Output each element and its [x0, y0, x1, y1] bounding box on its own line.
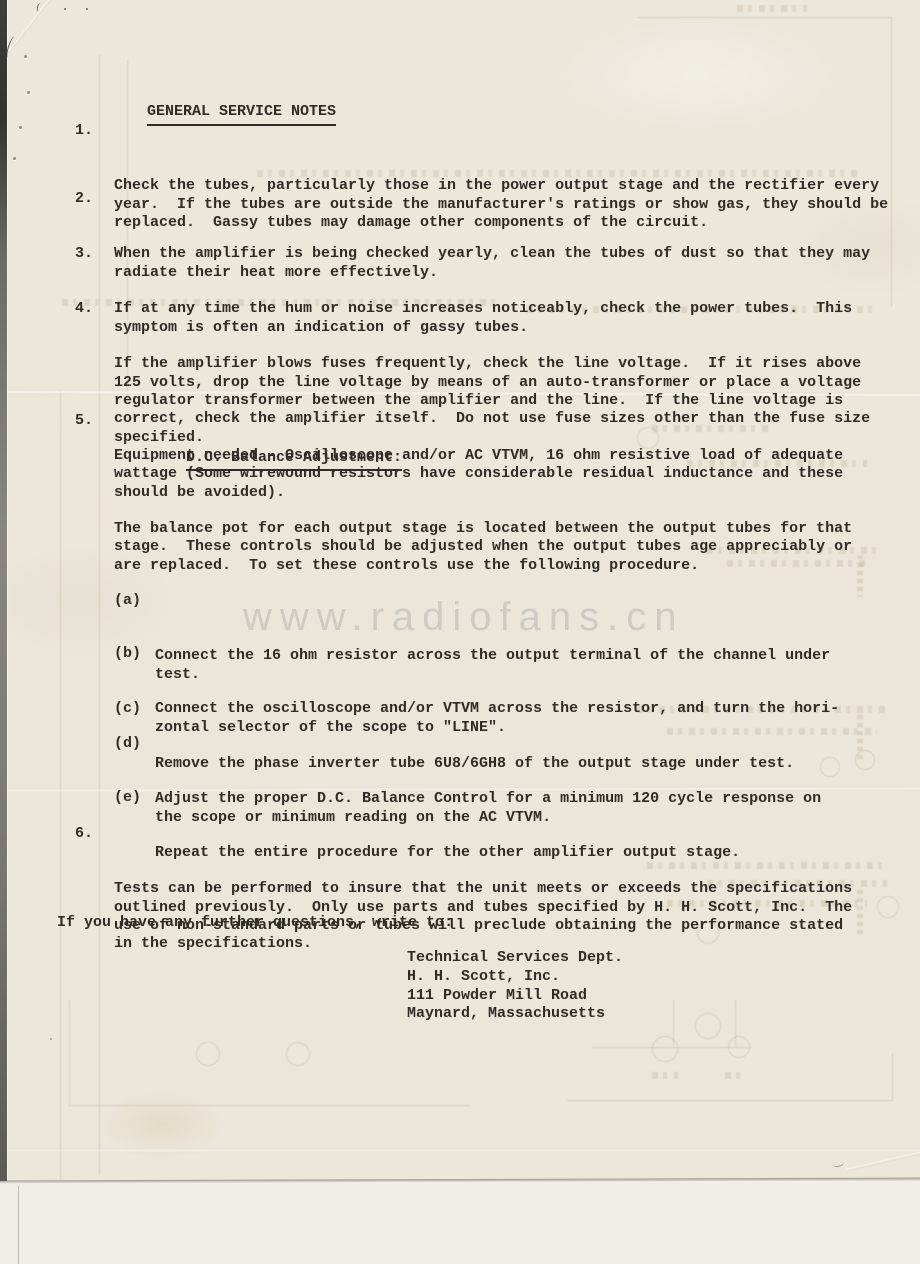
pen-mark	[36, 3, 43, 13]
staple-hole	[27, 91, 30, 94]
ink-speck	[64, 8, 66, 10]
scanned-document-page: www.radiofans.cn GENERAL SERVICE NOTES 1…	[0, 0, 920, 1264]
staple-hole	[24, 55, 27, 58]
ink-speck	[86, 8, 88, 10]
staple-hole	[13, 157, 16, 160]
ink-speck	[50, 1038, 52, 1040]
staple-hole	[19, 126, 22, 129]
pen-mark	[831, 1157, 845, 1168]
paper-sheet: www.radiofans.cn GENERAL SERVICE NOTES 1…	[7, 0, 920, 1181]
scan-edge-strip	[0, 0, 7, 1181]
backing-sheet-edge	[18, 1186, 19, 1264]
physical-marks-layer	[7, 0, 920, 1181]
